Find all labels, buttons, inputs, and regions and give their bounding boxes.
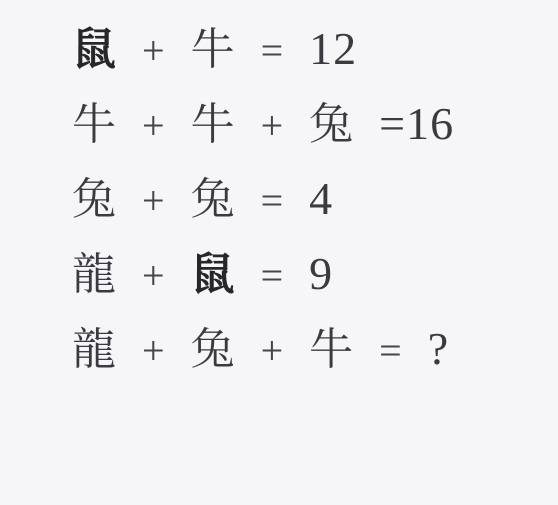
equation-row-1: 鼠 + 牛 = 12 <box>72 22 454 66</box>
equals-sign: = <box>261 252 284 299</box>
zodiac-char-ox: 牛 <box>191 28 235 72</box>
zodiac-char-ox: 牛 <box>191 103 235 147</box>
zodiac-char-rabbit: 兔 <box>72 178 116 222</box>
equals-sign: = <box>261 177 284 224</box>
plus-sign: + <box>142 252 165 299</box>
zodiac-char-rabbit: 兔 <box>309 103 353 147</box>
equals-16: =16 <box>379 97 454 150</box>
equation-row-5: 龍 + 兔 + 牛 = ? <box>72 322 454 366</box>
zodiac-equation-puzzle: 鼠 + 牛 = 12 牛 + 牛 + 兔 =16 兔 + 兔 = 4 龍 + 鼠… <box>72 22 454 397</box>
plus-sign: + <box>142 27 165 74</box>
value-4: 4 <box>309 172 333 225</box>
equation-row-2: 牛 + 牛 + 兔 =16 <box>72 97 454 141</box>
equals-sign: = <box>261 27 284 74</box>
plus-sign: + <box>142 102 165 149</box>
equation-row-3: 兔 + 兔 = 4 <box>72 172 454 216</box>
zodiac-char-rabbit: 兔 <box>191 328 235 372</box>
equals-sign: = <box>379 327 402 374</box>
plus-sign: + <box>142 327 165 374</box>
plus-sign: + <box>142 177 165 224</box>
zodiac-char-rat: 鼠 <box>191 253 235 297</box>
value-12: 12 <box>309 22 357 75</box>
equation-row-4: 龍 + 鼠 = 9 <box>72 247 454 291</box>
zodiac-char-ox: 牛 <box>309 328 353 372</box>
zodiac-char-rat: 鼠 <box>72 28 116 72</box>
question-mark: ? <box>428 322 449 375</box>
zodiac-char-dragon: 龍 <box>72 328 116 372</box>
value-9: 9 <box>309 247 333 300</box>
zodiac-char-dragon: 龍 <box>72 253 116 297</box>
zodiac-char-ox: 牛 <box>72 103 116 147</box>
plus-sign: + <box>261 102 284 149</box>
plus-sign: + <box>261 327 284 374</box>
zodiac-char-rabbit: 兔 <box>191 178 235 222</box>
